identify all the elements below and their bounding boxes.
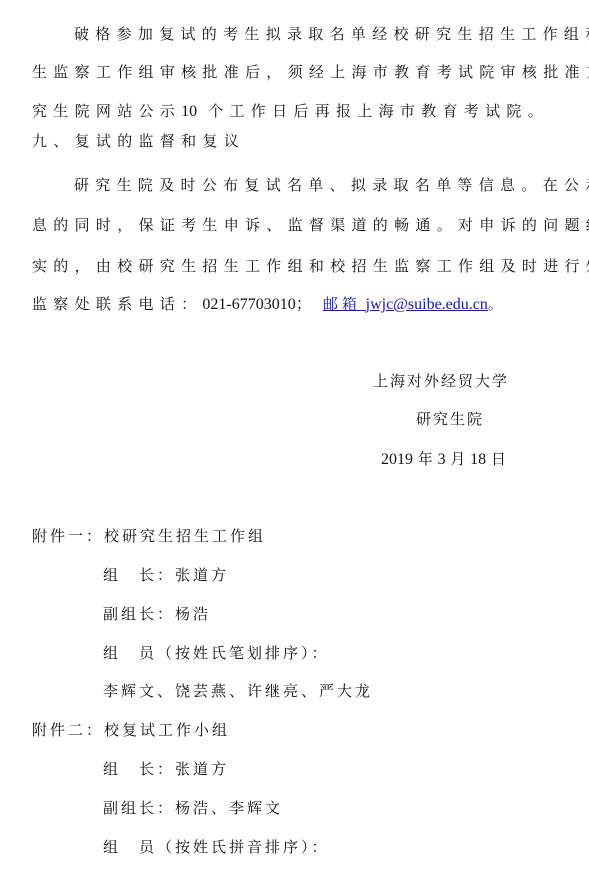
attachment-2-leader: 组 长：张道方 <box>103 759 229 779</box>
attachment-1-deputy: 副组长：杨浩 <box>103 604 211 624</box>
date-day-char: 日 <box>491 450 506 468</box>
signature-org: 上海对外经贸大学 <box>373 371 509 391</box>
para1-line2: 生监察工作组审核批准后，须经上海市教育考试院审核批准方能在研 <box>32 62 589 82</box>
para2-line2: 息的同时，保证考生申诉、监督渠道的畅通。对申诉的问题经调查属 <box>32 215 589 235</box>
attachment-1-members-label: 组 员（按姓氏笔划排序）： <box>103 643 330 663</box>
date-year: 2019 <box>381 451 413 468</box>
signature-date: 2019 年 3 月 18 日 <box>381 449 506 470</box>
para1-line3-b: 个工作日后再报上海市教育考试院。 <box>208 102 549 120</box>
signature-dept: 研究生院 <box>416 409 484 429</box>
para2-line1: 研究生院及时公布复试名单、拟录取名单等信息。在公示有关信 <box>74 175 589 195</box>
attachment-2-members-label: 组 员（按姓氏拼音排序）： <box>103 837 330 857</box>
email-label: 邮箱 <box>323 295 361 313</box>
attachment-2-label: 附件二： <box>32 721 104 739</box>
date-month-char: 月 <box>450 450 465 468</box>
attachment-1-leader: 组 长：张道方 <box>103 565 229 585</box>
para1-line1: 破格参加复试的考生拟录取名单经校研究生招生工作组和校招 <box>74 24 589 44</box>
para1-line3: 究生院网站公示10 个工作日后再报上海市教育考试院。 <box>32 101 549 122</box>
contact-end: 。 <box>488 295 509 313</box>
attachment-1-title: 校研究生招生工作组 <box>104 527 266 545</box>
phone-number: 021-67703010； <box>202 296 311 313</box>
attachment-1-label: 附件一： <box>32 527 104 545</box>
section-heading: 九、复试的监督和复议 <box>32 131 245 151</box>
para2-contact-line: 监察处联系电话：021-67703010； 邮箱 jwjc@suibe.edu.… <box>32 294 509 315</box>
attachment-2-deputy: 副组长：杨浩、李辉文 <box>103 798 283 818</box>
date-day: 18 <box>470 451 486 468</box>
attachment-1-header: 附件一：校研究生招生工作组 <box>32 526 266 546</box>
attachment-2-title: 校复试工作小组 <box>104 721 230 739</box>
email-link[interactable]: 邮箱 jwjc@suibe.edu.cn <box>323 295 488 313</box>
email-address: jwjc@suibe.edu.cn <box>366 296 488 313</box>
para1-line3-a: 究生院网站公示 <box>32 102 181 120</box>
date-month: 3 <box>438 451 446 468</box>
para1-number: 10 <box>181 103 197 120</box>
contact-prefix: 监察处联系电话： <box>32 295 202 313</box>
attachment-2-header: 附件二：校复试工作小组 <box>32 720 230 740</box>
attachment-1-members: 李辉文、饶芸燕、许继亮、严大龙 <box>103 681 373 701</box>
date-year-char: 年 <box>418 450 433 468</box>
para2-line3: 实的，由校研究生招生工作组和校招生监察工作组及时进行处理。校 <box>32 256 589 276</box>
